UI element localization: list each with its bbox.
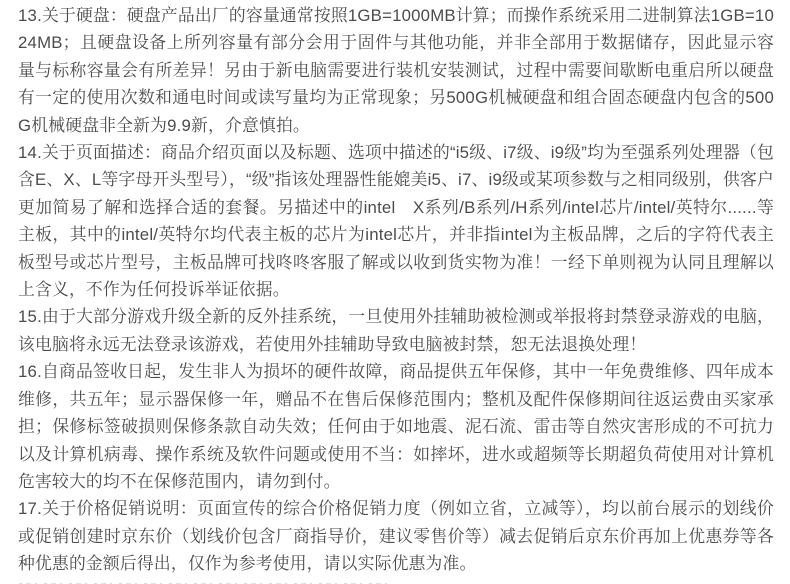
disclaimer-paragraph-14: 14.关于页面描述：商品介绍页面以及标题、选项中描述的“i5级、i7级、i9级”… [18, 139, 774, 303]
disclaimer-paragraph-15: 15.由于大部分游戏升级全新的反外挂系统，一旦使用外挂辅助被检测或举报将封禁登录… [18, 303, 774, 358]
disclaimer-paragraph-16: 16.自商品签收日起，发生非人为损坏的硬件故障，商品提供五年保修，其中一年免费维… [18, 358, 774, 495]
disclaimer-text-block: 13.关于硬盘：硬盘产品出厂的容量通常按照1GB=1000MB计算；而操作系统采… [18, 2, 774, 584]
disclaimer-paragraph-17: 17.关于价格促销说明：页面宣传的综合价格促销力度（例如立省，立减等），均以前台… [18, 495, 774, 577]
disclaimer-paragraph-13: 13.关于硬盘：硬盘产品出厂的容量通常按照1GB=1000MB计算；而操作系统采… [18, 2, 774, 139]
product-disclaimer-page: 13.关于硬盘：硬盘产品出厂的容量通常按照1GB=1000MB计算；而操作系统采… [0, 0, 790, 584]
